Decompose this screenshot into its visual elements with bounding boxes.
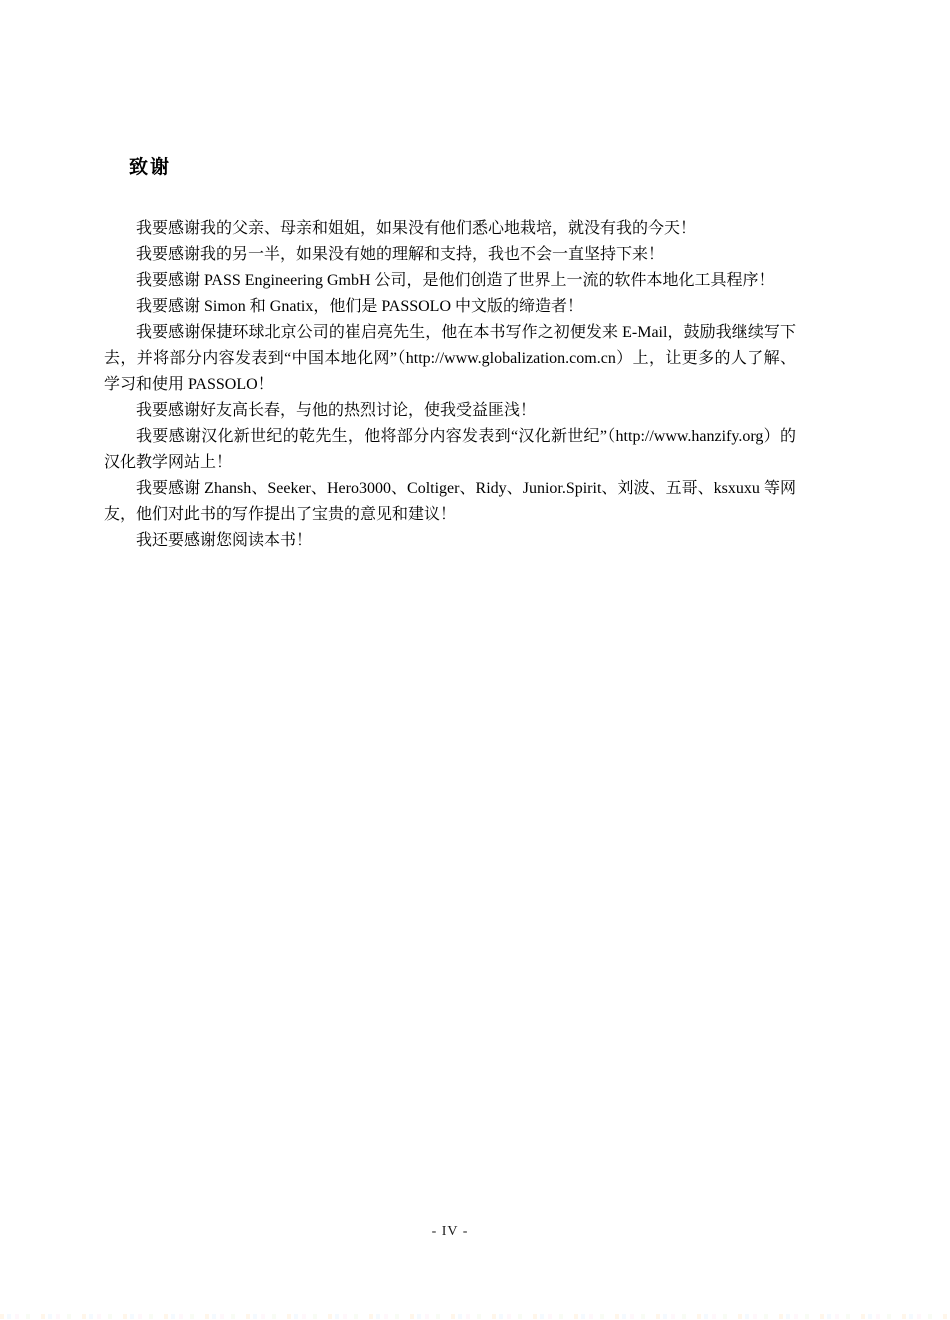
document-body: 我要感谢我的父亲、母亲和姐姐，如果没有他们悉心地栽培，就没有我的今天！ 我要感谢… xyxy=(104,216,796,554)
paragraph: 我要感谢 Simon 和 Gnatix，他们是 PASSOLO 中文版的缔造者！ xyxy=(104,294,796,320)
paragraph: 我要感谢汉化新世纪的乾先生，他将部分内容发表到“汉化新世纪”（http://ww… xyxy=(104,424,796,476)
paragraph: 我要感谢好友高长春，与他的热烈讨论，使我受益匪浅！ xyxy=(104,398,796,424)
paragraph: 我要感谢我的父亲、母亲和姐姐，如果没有他们悉心地栽培，就没有我的今天！ xyxy=(104,216,796,242)
scan-edge-artifact xyxy=(0,1314,950,1319)
paragraph: 我要感谢 PASS Engineering GmbH 公司，是他们创造了世界上一… xyxy=(104,268,796,294)
paragraph: 我要感谢我的另一半，如果没有她的理解和支持，我也不会一直坚持下来！ xyxy=(104,242,796,268)
paragraph: 我还要感谢您阅读本书！ xyxy=(104,528,796,554)
paragraph: 我要感谢保捷环球北京公司的崔启亮先生，他在本书写作之初便发来 E-Mail，鼓励… xyxy=(104,320,796,398)
page-number: - IV - xyxy=(104,1224,796,1240)
page-title: 致谢 xyxy=(129,152,171,179)
document-page: 致谢 我要感谢我的父亲、母亲和姐姐，如果没有他们悉心地栽培，就没有我的今天！ 我… xyxy=(0,0,950,1320)
paragraph: 我要感谢 Zhansh、Seeker、Hero3000、Coltiger、Rid… xyxy=(104,476,796,528)
